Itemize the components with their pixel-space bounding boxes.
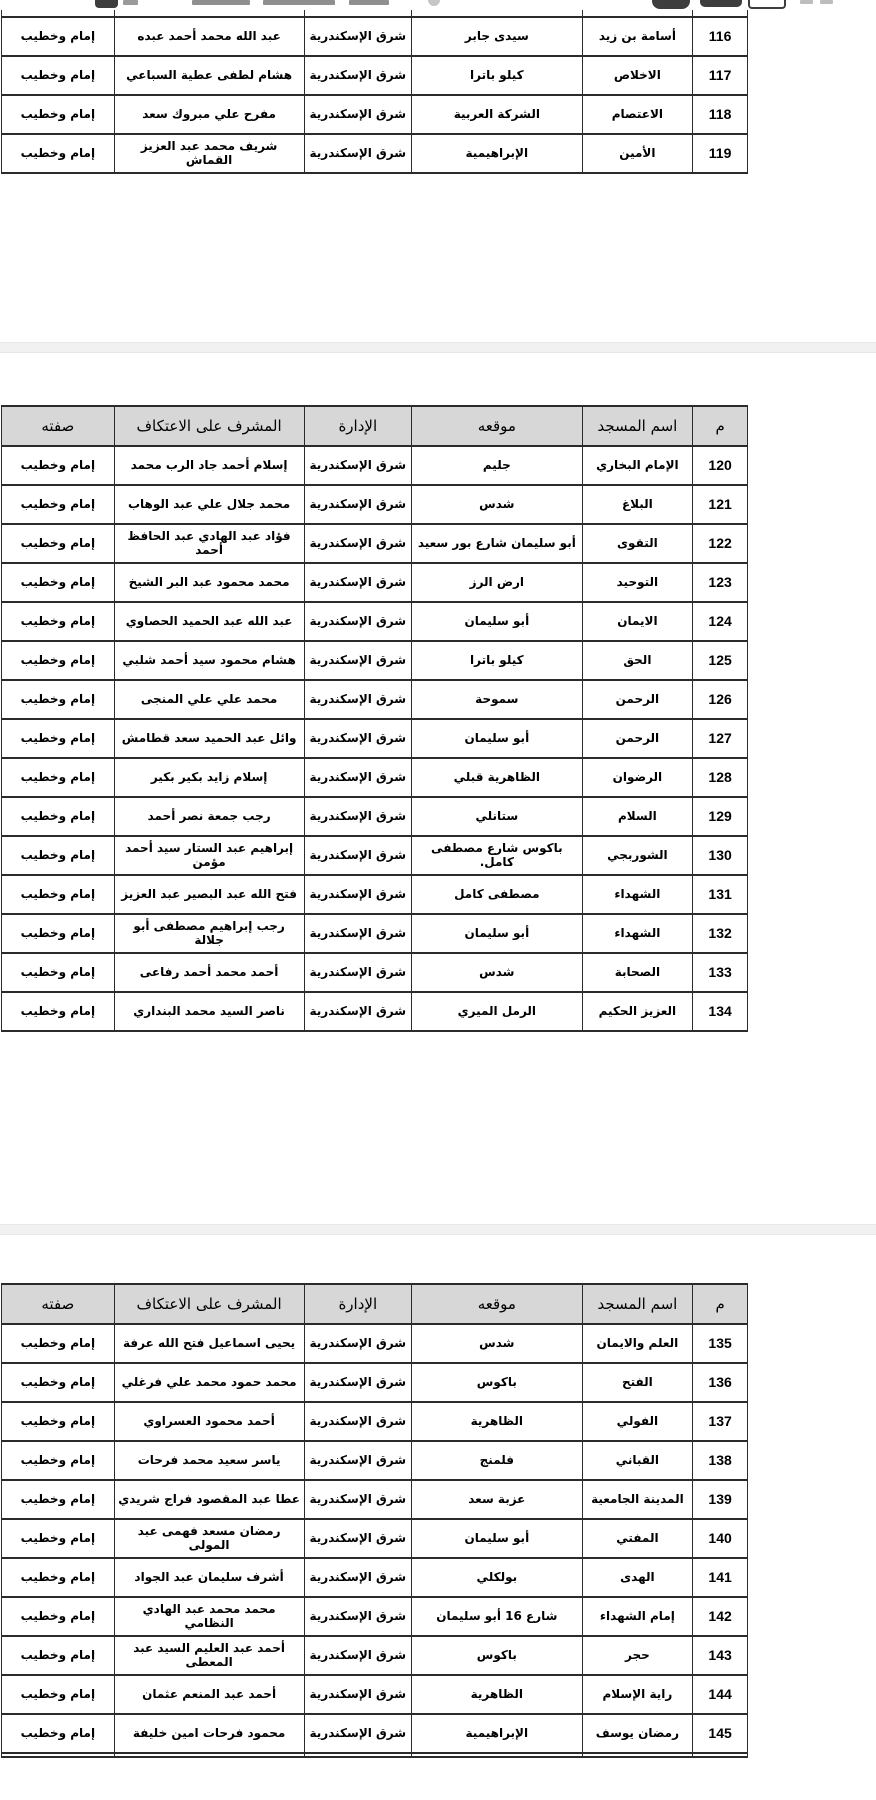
title-text-fragment xyxy=(263,0,335,5)
cell-role: إمام وخطيب xyxy=(2,1402,115,1441)
cell-admin: شرق الإسكندرية xyxy=(304,1675,412,1714)
cell-supervisor: هشام محمود سيد أحمد شلبي xyxy=(114,641,304,680)
cell-mosque: الصحابة xyxy=(582,953,693,992)
cell-mosque: العلم والايمان xyxy=(582,1324,693,1363)
cell-num: 118 xyxy=(693,95,748,134)
cell-num: 137 xyxy=(693,1402,748,1441)
table-row: 126الرحمنسموحةشرق الإسكندريةمحمد علي علي… xyxy=(2,680,748,719)
window-icon-fragment[interactable] xyxy=(748,0,786,9)
cell-num: 139 xyxy=(693,1480,748,1519)
cell-admin: شرق الإسكندرية xyxy=(304,953,412,992)
cell-location: أبو سليمان xyxy=(412,914,583,953)
cell-mosque: الإمام البخاري xyxy=(582,446,693,485)
cell-mosque: حجر xyxy=(582,1636,693,1675)
mosques-table-segment-3: ماسم المسجدموقعهالإدارةالمشرف على الاعتك… xyxy=(1,1283,748,1758)
cell-location: ستانلي xyxy=(412,797,583,836)
cell-num: 138 xyxy=(693,1441,748,1480)
cell-supervisor: شريف محمد عبد العزيز القماش xyxy=(114,134,304,173)
cell-mosque: الشهداء xyxy=(582,875,693,914)
cell-supervisor: محمد علي علي المنجى xyxy=(114,680,304,719)
cell-mosque: الرحمن xyxy=(582,719,693,758)
table-rows-135-145: ماسم المسجدموقعهالإدارةالمشرف على الاعتك… xyxy=(1,1283,748,1758)
cell-supervisor: عطا عبد المقصود فراج شريدي xyxy=(114,1480,304,1519)
cell-role: إمام وخطيب xyxy=(2,641,115,680)
cell-mosque: الاخلاص xyxy=(582,56,693,95)
cell-mosque: التقوى xyxy=(582,524,693,563)
column-header-supervisor: المشرف على الاعتكاف xyxy=(114,1284,304,1324)
table-row: 137الفوليالظاهريةشرق الإسكندريةأحمد محمو… xyxy=(2,1402,748,1441)
cell-mosque: الشوربجي xyxy=(582,836,693,875)
page-break-band xyxy=(0,1224,876,1235)
cell-num: 125 xyxy=(693,641,748,680)
cell-admin: شرق الإسكندرية xyxy=(304,563,412,602)
cell-admin: شرق الإسكندرية xyxy=(304,17,412,56)
document-viewer: { "top_bar": { "icons": [ "pages-icon-fr… xyxy=(0,0,876,1800)
cell-location: الرمل الميري xyxy=(412,992,583,1031)
cell-location: شدس xyxy=(412,485,583,524)
cell-mosque: الاعتصام xyxy=(582,95,693,134)
table-row: 131الشهداءمصطفى كاملشرق الإسكندريةفتح ال… xyxy=(2,875,748,914)
cell-supervisor: أحمد محمود العسراوي xyxy=(114,1402,304,1441)
column-header-num: م xyxy=(693,1284,748,1324)
cell-location: أبو سليمان شارع بور سعيد xyxy=(412,524,583,563)
cell-supervisor: يحيى اسماعيل فتح الله عرفة xyxy=(114,1324,304,1363)
header-row: ماسم المسجدموقعهالإدارةالمشرف على الاعتك… xyxy=(2,1284,748,1324)
cell-num: 140 xyxy=(693,1519,748,1558)
cell-mosque: الرحمن xyxy=(582,680,693,719)
cell-location: شدس xyxy=(412,1324,583,1363)
cell-supervisor: رمضان مسعد فهمى عبد المولى xyxy=(114,1519,304,1558)
cell-mosque: الحق xyxy=(582,641,693,680)
cell-admin: شرق الإسكندرية xyxy=(304,719,412,758)
column-header-num: م xyxy=(693,406,748,446)
table-row: 134العزيز الحكيمالرمل الميريشرق الإسكندر… xyxy=(2,992,748,1031)
cell-admin: شرق الإسكندرية xyxy=(304,875,412,914)
cell-admin: شرق الإسكندرية xyxy=(304,641,412,680)
cell-admin: شرق الإسكندرية xyxy=(304,1324,412,1363)
table-row: 122التقوىأبو سليمان شارع بور سعيدشرق الإ… xyxy=(2,524,748,563)
table-row: 124الايمانأبو سليمانشرق الإسكندريةعبد ال… xyxy=(2,602,748,641)
cell-supervisor: إسلام أحمد جاد الرب محمد xyxy=(114,446,304,485)
cell-num: 129 xyxy=(693,797,748,836)
cell-location: مصطفى كامل xyxy=(412,875,583,914)
cell-mosque: العزيز الحكيم xyxy=(582,992,693,1031)
table-row: 132الشهداءأبو سليمانشرق الإسكندريةرجب إب… xyxy=(2,914,748,953)
cell-role: إمام وخطيب xyxy=(2,992,115,1031)
partial-row xyxy=(2,1753,748,1757)
cell-role: إمام وخطيب xyxy=(2,446,115,485)
cell-supervisor: عبد الله محمد أحمد عبده xyxy=(114,17,304,56)
column-header-mosque: اسم المسجد xyxy=(582,406,693,446)
cell-location: باكوس xyxy=(412,1363,583,1402)
cell-supervisor: محمود فرحات امين خليفة xyxy=(114,1714,304,1753)
table-row: 144راية الإسلامالظاهريةشرق الإسكندريةأحم… xyxy=(2,1675,748,1714)
cell-num: 126 xyxy=(693,680,748,719)
cell-role: إمام وخطيب xyxy=(2,602,115,641)
cell-role: إمام وخطيب xyxy=(2,875,115,914)
column-header-admin: الإدارة xyxy=(304,406,412,446)
cell-supervisor: عبد الله عبد الحميد الحصاوي xyxy=(114,602,304,641)
cell-location: فلمنج xyxy=(412,1441,583,1480)
cell-supervisor: أحمد عبد العليم السيد عبد المعطى xyxy=(114,1636,304,1675)
page-break-band xyxy=(0,342,876,353)
column-header-role: صفته xyxy=(2,1284,115,1324)
cell-admin: شرق الإسكندرية xyxy=(304,1441,412,1480)
cell-role: إمام وخطيب xyxy=(2,1597,115,1636)
cell-supervisor: فتح الله عبد البصير عبد العزيز xyxy=(114,875,304,914)
partial-cell xyxy=(304,1753,412,1757)
cell-supervisor: محمد حمود محمد علي فرغلي xyxy=(114,1363,304,1402)
cell-location: أبو سليمان xyxy=(412,602,583,641)
cell-role: إمام وخطيب xyxy=(2,1636,115,1675)
table-rows-116-119: 116أسامة بن زيدسيدى جابرشرق الإسكندريةعب… xyxy=(1,0,748,186)
cell-mosque: الرضوان xyxy=(582,758,693,797)
table-row: 136الفتحباكوسشرق الإسكندريةمحمد حمود محم… xyxy=(2,1363,748,1402)
cell-supervisor: مفرح علي مبروك سعد xyxy=(114,95,304,134)
cell-supervisor: محمد جلال علي عبد الوهاب xyxy=(114,485,304,524)
cell-supervisor: رجب إبراهيم مصطفى أبو جلالة xyxy=(114,914,304,953)
table-row: 141الهدىبولكليشرق الإسكندريةأشرف سليمان … xyxy=(2,1558,748,1597)
table-row: 139المدينة الجامعيةعزبة سعدشرق الإسكندري… xyxy=(2,1480,748,1519)
partial-cell xyxy=(582,1753,693,1757)
cell-mosque: المفتي xyxy=(582,1519,693,1558)
cell-admin: شرق الإسكندرية xyxy=(304,836,412,875)
cell-location: باكوس xyxy=(412,1636,583,1675)
mosques-table-segment-2: ماسم المسجدموقعهالإدارةالمشرف على الاعتك… xyxy=(1,405,748,1032)
table-row: 138القبانيفلمنجشرق الإسكندريةياسر سعيد م… xyxy=(2,1441,748,1480)
cell-role: إمام وخطيب xyxy=(2,1324,115,1363)
cell-mosque: راية الإسلام xyxy=(582,1675,693,1714)
column-header-location: موقعه xyxy=(412,1284,583,1324)
mosques-table-segment-1: 116أسامة بن زيدسيدى جابرشرق الإسكندريةعب… xyxy=(1,0,748,174)
cell-role: إمام وخطيب xyxy=(2,1363,115,1402)
cell-admin: شرق الإسكندرية xyxy=(304,485,412,524)
cell-mosque: المدينة الجامعية xyxy=(582,1480,693,1519)
cell-role: إمام وخطيب xyxy=(2,563,115,602)
cell-supervisor: فؤاد عبد الهادي عبد الحافظ أحمد xyxy=(114,524,304,563)
cell-num: 142 xyxy=(693,1597,748,1636)
cell-admin: شرق الإسكندرية xyxy=(304,1519,412,1558)
cell-supervisor: ناصر السيد محمد البنداري xyxy=(114,992,304,1031)
cell-admin: شرق الإسكندرية xyxy=(304,758,412,797)
cell-num: 123 xyxy=(693,563,748,602)
cell-role: إمام وخطيب xyxy=(2,1675,115,1714)
cell-num: 144 xyxy=(693,1675,748,1714)
cell-location: الشركة العربية xyxy=(412,95,583,134)
cell-location: الظاهرية xyxy=(412,1675,583,1714)
cell-role: إمام وخطيب xyxy=(2,524,115,563)
cell-admin: شرق الإسكندرية xyxy=(304,1714,412,1753)
cell-admin: شرق الإسكندرية xyxy=(304,1597,412,1636)
column-header-location: موقعه xyxy=(412,406,583,446)
partial-cell xyxy=(693,1753,748,1757)
toolbar-strip xyxy=(0,0,876,10)
cell-mosque: إمام الشهداء xyxy=(582,1597,693,1636)
cell-location: بولكلي xyxy=(412,1558,583,1597)
cell-role: إمام وخطيب xyxy=(2,797,115,836)
cell-mosque: الايمان xyxy=(582,602,693,641)
cell-num: 131 xyxy=(693,875,748,914)
table-row: 117الاخلاصكيلو باتراشرق الإسكندريةهشام ل… xyxy=(2,56,748,95)
cell-role: إمام وخطيب xyxy=(2,17,115,56)
cell-location: سموحة xyxy=(412,680,583,719)
cell-mosque: الهدى xyxy=(582,1558,693,1597)
cell-mosque: الشهداء xyxy=(582,914,693,953)
column-header-role: صفته xyxy=(2,406,115,446)
cell-admin: شرق الإسكندرية xyxy=(304,680,412,719)
cell-supervisor: محمد محمود عبد البر الشيخ xyxy=(114,563,304,602)
table-row: 121البلاغشدسشرق الإسكندريةمحمد جلال علي … xyxy=(2,485,748,524)
cell-supervisor: محمد محمد عبد الهادي النظامي xyxy=(114,1597,304,1636)
cell-num: 141 xyxy=(693,1558,748,1597)
table-row: 118الاعتصامالشركة العربيةشرق الإسكندريةم… xyxy=(2,95,748,134)
partial-cell xyxy=(2,1753,115,1757)
table-row: 130الشوربجيباكوس شارع مصطفى كامل.شرق الإ… xyxy=(2,836,748,875)
cell-num: 127 xyxy=(693,719,748,758)
cell-supervisor: أحمد عبد المنعم عثمان xyxy=(114,1675,304,1714)
cell-location: كيلو باترا xyxy=(412,641,583,680)
cell-num: 134 xyxy=(693,992,748,1031)
cell-location: ارض الرز xyxy=(412,563,583,602)
cell-mosque: الفتح xyxy=(582,1363,693,1402)
status-dot-fragment xyxy=(428,0,440,6)
cell-num: 133 xyxy=(693,953,748,992)
cell-num: 128 xyxy=(693,758,748,797)
cell-location: أبو سليمان xyxy=(412,719,583,758)
cell-role: إمام وخطيب xyxy=(2,719,115,758)
table-row: 145رمضان يوسفالإبراهيميةشرق الإسكندريةمح… xyxy=(2,1714,748,1753)
cell-admin: شرق الإسكندرية xyxy=(304,524,412,563)
title-text-fragment xyxy=(192,0,250,5)
table-row: 127الرحمنأبو سليمانشرق الإسكندريةوائل عب… xyxy=(2,719,748,758)
cell-mosque: الفولي xyxy=(582,1402,693,1441)
cell-admin: شرق الإسكندرية xyxy=(304,1363,412,1402)
column-header-supervisor: المشرف على الاعتكاف xyxy=(114,406,304,446)
cell-num: 117 xyxy=(693,56,748,95)
cell-num: 132 xyxy=(693,914,748,953)
cell-admin: شرق الإسكندرية xyxy=(304,914,412,953)
cell-admin: شرق الإسكندرية xyxy=(304,95,412,134)
cell-admin: شرق الإسكندرية xyxy=(304,992,412,1031)
table-row: 128الرضوانالظاهرية قبليشرق الإسكندريةإسل… xyxy=(2,758,748,797)
cell-supervisor: وائل عبد الحميد سعد قطامش xyxy=(114,719,304,758)
cell-num: 145 xyxy=(693,1714,748,1753)
cell-mosque: البلاغ xyxy=(582,485,693,524)
cell-mosque: القباني xyxy=(582,1441,693,1480)
more-icon-fragment xyxy=(820,0,833,4)
cell-num: 116 xyxy=(693,17,748,56)
cell-num: 136 xyxy=(693,1363,748,1402)
cell-role: إمام وخطيب xyxy=(2,485,115,524)
table-row: 140المفتيأبو سليمانشرق الإسكندريةرمضان م… xyxy=(2,1519,748,1558)
cell-location: شارع 16 أبو سليمان xyxy=(412,1597,583,1636)
cell-location: الظاهرية قبلي xyxy=(412,758,583,797)
table-row: 129السلامستانليشرق الإسكندريةرجب جمعة نص… xyxy=(2,797,748,836)
cell-num: 143 xyxy=(693,1636,748,1675)
cell-admin: شرق الإسكندرية xyxy=(304,1636,412,1675)
table-row: 120الإمام البخاريجليمشرق الإسكندريةإسلام… xyxy=(2,446,748,485)
table-row: 116أسامة بن زيدسيدى جابرشرق الإسكندريةعب… xyxy=(2,17,748,56)
cell-num: 130 xyxy=(693,836,748,875)
table-row: 125الحقكيلو باتراشرق الإسكندريةهشام محمو… xyxy=(2,641,748,680)
column-header-mosque: اسم المسجد xyxy=(582,1284,693,1324)
cell-role: إمام وخطيب xyxy=(2,836,115,875)
cell-admin: شرق الإسكندرية xyxy=(304,56,412,95)
table-row: 135العلم والايمانشدسشرق الإسكندريةيحيى ا… xyxy=(2,1324,748,1363)
cell-admin: شرق الإسكندرية xyxy=(304,602,412,641)
cell-role: إمام وخطيب xyxy=(2,1714,115,1753)
cell-mosque: أسامة بن زيد xyxy=(582,17,693,56)
cell-supervisor: ياسر سعيد محمد فرحات xyxy=(114,1441,304,1480)
cell-mosque: التوحيد xyxy=(582,563,693,602)
cell-role: إمام وخطيب xyxy=(2,680,115,719)
cell-location: سيدى جابر xyxy=(412,17,583,56)
cell-admin: شرق الإسكندرية xyxy=(304,1558,412,1597)
cell-location: الظاهرية xyxy=(412,1402,583,1441)
cell-location: الإبراهيمية xyxy=(412,1714,583,1753)
table-row: 143حجرباكوسشرق الإسكندريةأحمد عبد العليم… xyxy=(2,1636,748,1675)
cell-supervisor: رجب جمعة نصر أحمد xyxy=(114,797,304,836)
cell-role: إمام وخطيب xyxy=(2,953,115,992)
cell-supervisor: إبراهيم عبد الستار سيد أحمد مؤمن xyxy=(114,836,304,875)
cell-admin: شرق الإسكندرية xyxy=(304,1402,412,1441)
table-row: 119الأمينالإبراهيميةشرق الإسكندريةشريف م… xyxy=(2,134,748,173)
cell-role: إمام وخطيب xyxy=(2,95,115,134)
cell-mosque: السلام xyxy=(582,797,693,836)
cell-role: إمام وخطيب xyxy=(2,1480,115,1519)
cell-num: 119 xyxy=(693,134,748,173)
table-row: 123التوحيدارض الرزشرق الإسكندريةمحمد محم… xyxy=(2,563,748,602)
cell-supervisor: أشرف سليمان عبد الجواد xyxy=(114,1558,304,1597)
cell-admin: شرق الإسكندرية xyxy=(304,446,412,485)
column-header-admin: الإدارة xyxy=(304,1284,412,1324)
menu-icon-fragment[interactable] xyxy=(652,0,690,9)
cell-role: إمام وخطيب xyxy=(2,56,115,95)
cell-role: إمام وخطيب xyxy=(2,758,115,797)
cell-num: 135 xyxy=(693,1324,748,1363)
partial-cell xyxy=(412,1753,583,1757)
cell-location: الإبراهيمية xyxy=(412,134,583,173)
table-rows-120-134: ماسم المسجدموقعهالإدارةالمشرف على الاعتك… xyxy=(1,405,748,1032)
cell-supervisor: هشام لطفى عطية السباعي xyxy=(114,56,304,95)
cell-role: إمام وخطيب xyxy=(2,1441,115,1480)
minimize-icon-fragment[interactable] xyxy=(700,0,742,7)
cell-location: شدس xyxy=(412,953,583,992)
cell-num: 122 xyxy=(693,524,748,563)
cell-location: عزبة سعد xyxy=(412,1480,583,1519)
header-row: ماسم المسجدموقعهالإدارةالمشرف على الاعتك… xyxy=(2,406,748,446)
cell-mosque: رمضان يوسف xyxy=(582,1714,693,1753)
cell-num: 120 xyxy=(693,446,748,485)
cell-num: 121 xyxy=(693,485,748,524)
cell-admin: شرق الإسكندرية xyxy=(304,1480,412,1519)
cell-location: أبو سليمان xyxy=(412,1519,583,1558)
title-text-fragment xyxy=(349,0,389,5)
cell-num: 124 xyxy=(693,602,748,641)
cell-role: إمام وخطيب xyxy=(2,1558,115,1597)
cell-supervisor: إسلام زايد بكير بكير xyxy=(114,758,304,797)
table-row: 133الصحابةشدسشرق الإسكندريةأحمد محمد أحم… xyxy=(2,953,748,992)
more-icon-fragment xyxy=(800,0,813,4)
cell-mosque: الأمين xyxy=(582,134,693,173)
cell-admin: شرق الإسكندرية xyxy=(304,134,412,173)
zoom-percent-fragment xyxy=(123,0,138,5)
cell-role: إمام وخطيب xyxy=(2,134,115,173)
cell-role: إمام وخطيب xyxy=(2,914,115,953)
cell-location: جليم xyxy=(412,446,583,485)
cell-location: كيلو باترا xyxy=(412,56,583,95)
cell-admin: شرق الإسكندرية xyxy=(304,797,412,836)
partial-cell xyxy=(114,1753,304,1757)
cell-role: إمام وخطيب xyxy=(2,1519,115,1558)
cell-supervisor: أحمد محمد أحمد رفاعى xyxy=(114,953,304,992)
cell-location: باكوس شارع مصطفى كامل. xyxy=(412,836,583,875)
pages-icon-fragment[interactable] xyxy=(95,0,118,8)
table-row: 142إمام الشهداءشارع 16 أبو سليمانشرق الإ… xyxy=(2,1597,748,1636)
